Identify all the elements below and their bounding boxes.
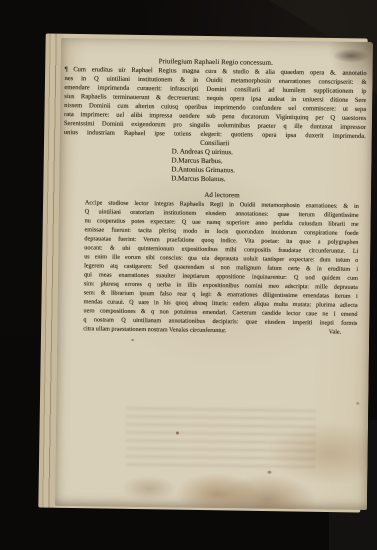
text-block: Priuilegium Raphaeli Regio concessum. ¶ … [61,56,367,337]
last-line-text: citra ullam praestationem nostram Venale… [83,324,226,335]
ad-lectorem-paragraph: Accipe studiose lector integras Raphaeli… [83,198,359,328]
councillor-name: D.Marcus Bolanus. [171,174,365,186]
privilege-paragraph: ¶ Cum eruditus uir Raphael Regius magna … [64,65,367,141]
foxing-spot [267,471,271,474]
book-page: Priuilegium Raphaeli Regio concessum. ¶ … [55,38,373,510]
councillors-list: D. Andreas Q uirinus.D.Marcus Barbus.D.A… [171,147,365,186]
foxing-spot [131,339,134,341]
vale-closing: Vale. [329,328,358,337]
ad-lectorem-section: Ad lectorem Accipe studiose lector integ… [83,189,359,337]
foxing-spot [176,432,179,435]
foxing-spot [356,402,359,405]
ink-bleedthrough [125,407,316,469]
photo-backdrop: Priuilegium Raphaeli Regio concessum. ¶ … [0,0,377,550]
